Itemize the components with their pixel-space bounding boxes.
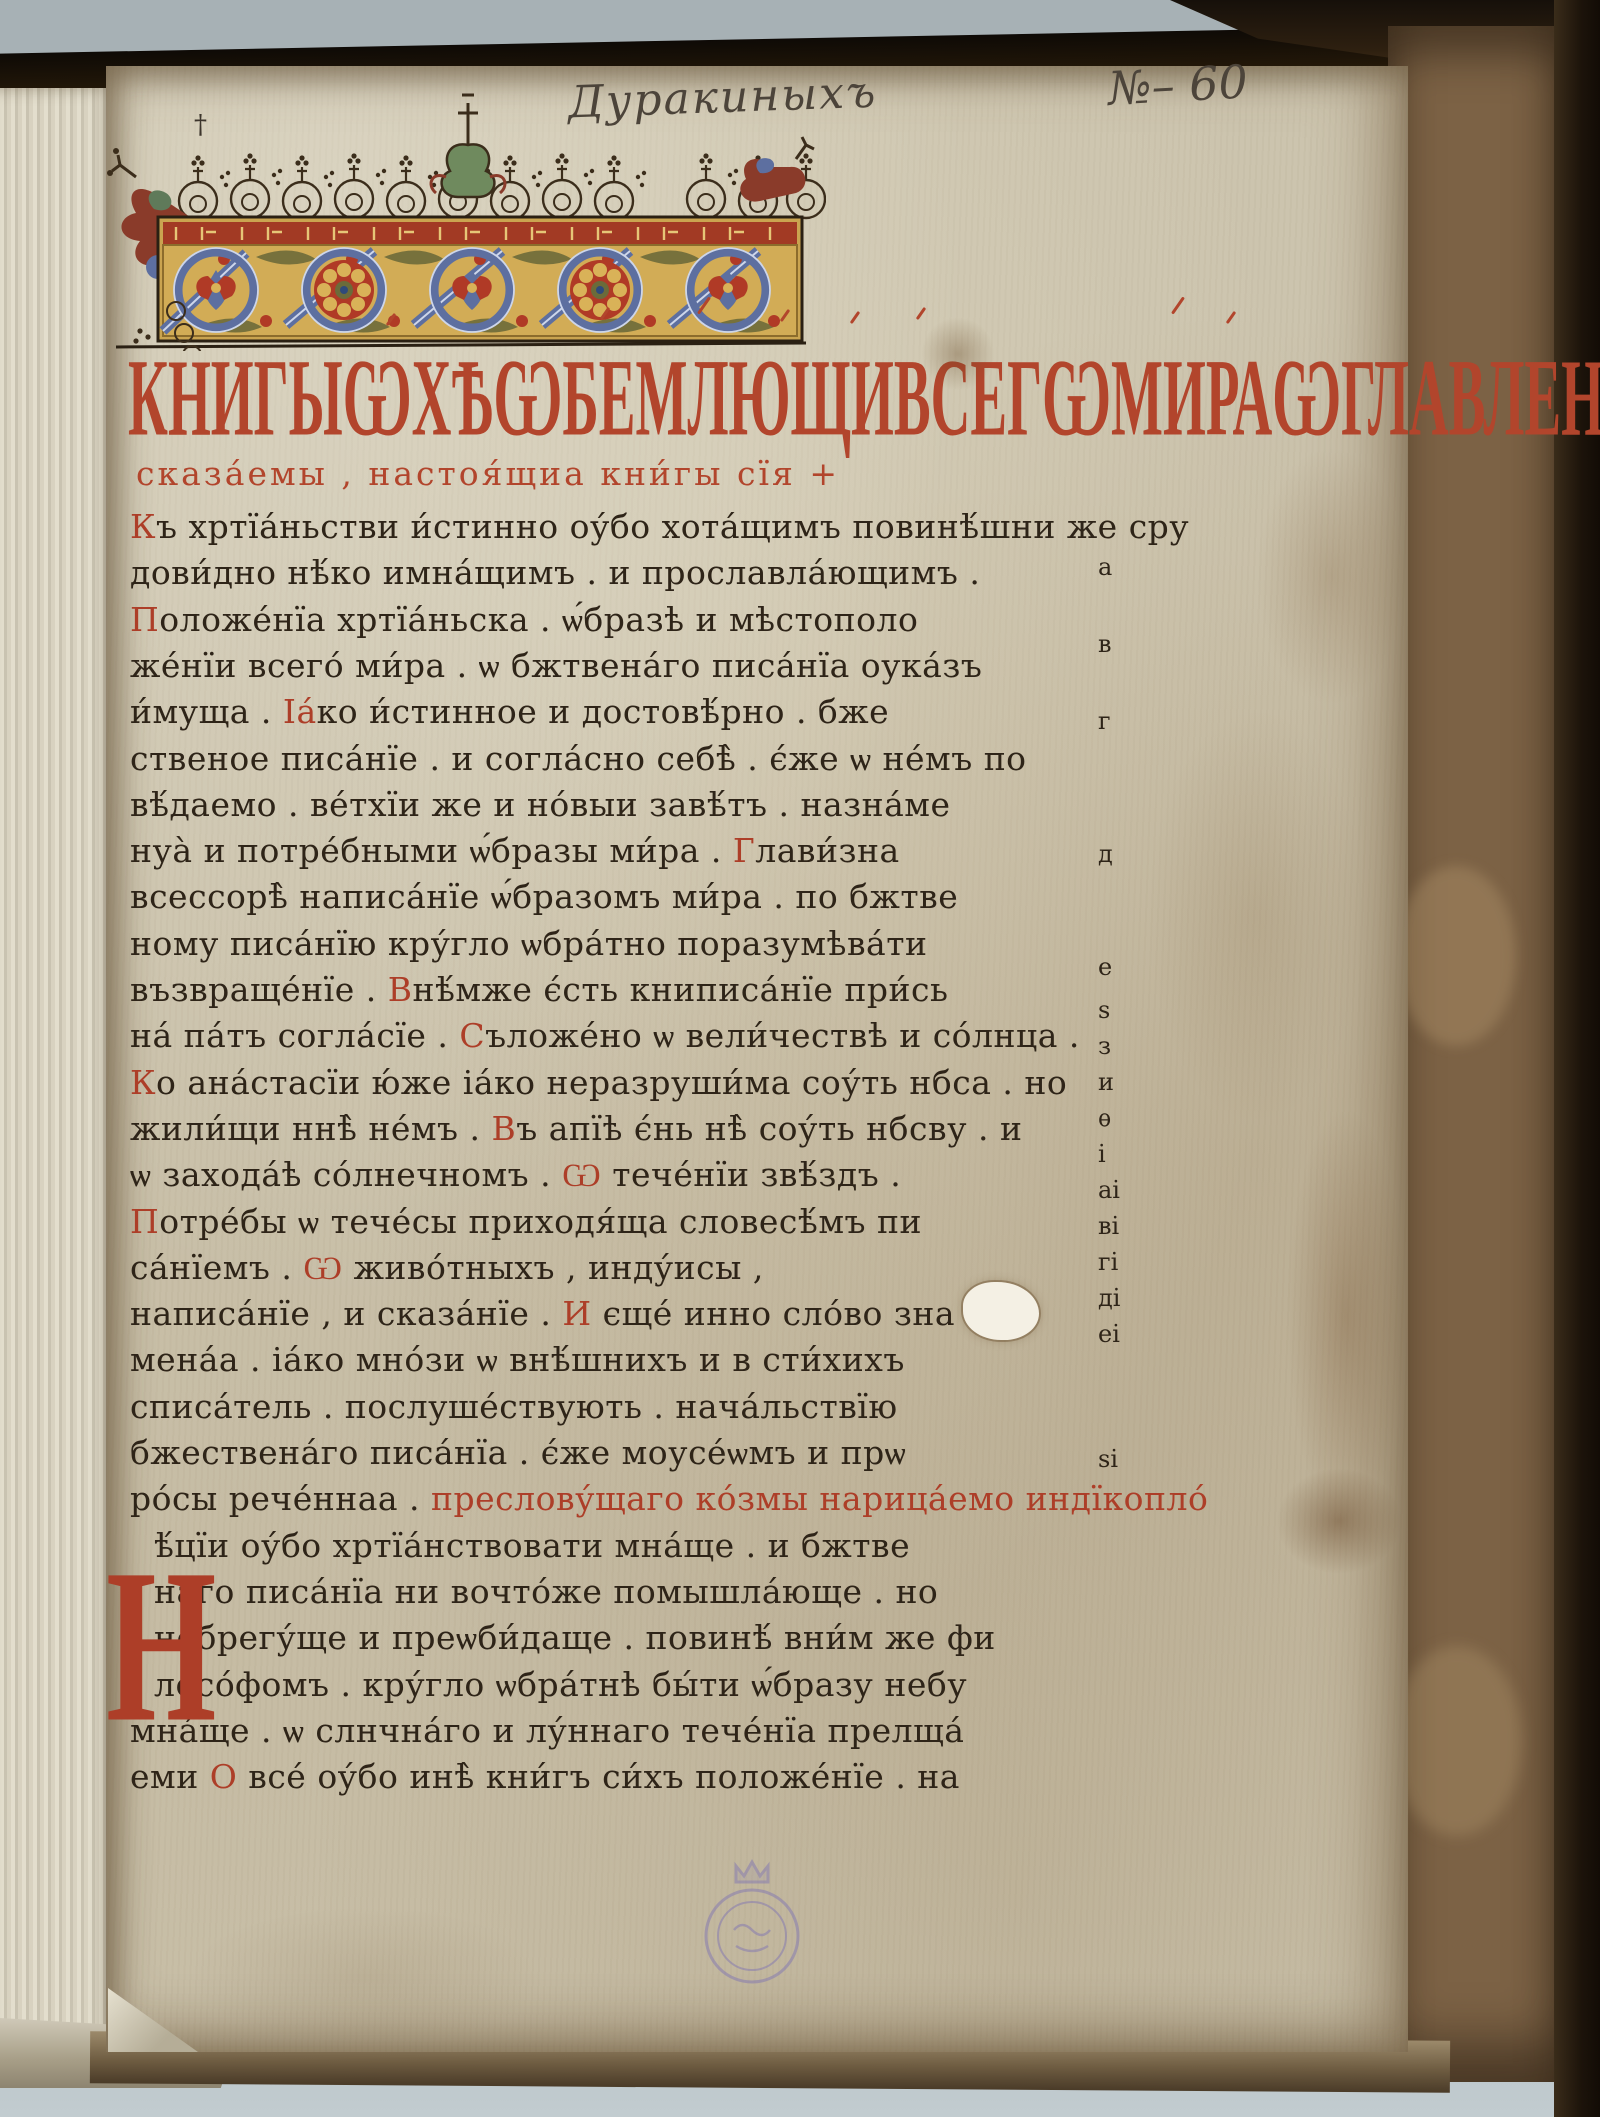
text-line: нуа̀ и потре́бными ѡ́бразы ми́ра . Глави… bbox=[130, 831, 900, 871]
chapter-numeral: г bbox=[1098, 707, 1111, 735]
text-line: Положе́нїа хртїа́ньска . ѡ́бразѣ и мѣсто… bbox=[130, 600, 918, 640]
chapter-numeral: ві bbox=[1098, 1212, 1119, 1240]
text-line: ѣ́цїи оу́бо хртїа́нствовати мна́ще . и б… bbox=[154, 1526, 910, 1565]
corner-stain bbox=[1256, 446, 1406, 706]
vyaz-title: КНИГЫѠХѢѠБЕМЛЮЩИВСЕГѠМИРАѠГЛАВЛЕНІЕ bbox=[128, 334, 1600, 461]
chapter-numeral: аі bbox=[1098, 1176, 1120, 1204]
text-line: възвраще́нїе . Внѣ́мже є́сть книписа́нїе… bbox=[130, 970, 949, 1009]
chapter-numeral: гі bbox=[1098, 1248, 1118, 1276]
tear-stain bbox=[1274, 1466, 1404, 1576]
text-line: вѣ́даемо . ве́тхїи же и но́выи завѣ́тъ .… bbox=[130, 785, 950, 824]
text-line: ному писа́нїю кру́гло ѡбра́тно поразумѣв… bbox=[130, 924, 927, 964]
chapter-numeral: д bbox=[1098, 840, 1113, 868]
chapter-numeral: ѕі bbox=[1098, 1445, 1118, 1473]
chapter-numeral: ді bbox=[1098, 1284, 1120, 1312]
parchment-page: † Дуракиныхъ №– 60 bbox=[106, 66, 1408, 2052]
text-line: наго писа́нїа ни вочто́же помышла́юще . … bbox=[154, 1572, 938, 1611]
underlying-page-edges bbox=[0, 88, 120, 2072]
text-line: списа́тель . послуше́ствують . нача́льст… bbox=[130, 1387, 898, 1426]
illuminated-headpiece bbox=[106, 81, 826, 351]
text-line: Ко ана́стасїи ю́же іа́ко неразруши́ма со… bbox=[130, 1063, 1067, 1102]
text-line: на́ па́тъ согла́сїе . Съложе́но ѡ вели́ч… bbox=[130, 1016, 1080, 1056]
text-line: и́муща . Іа́ко и́стинное и достовѣ́рно .… bbox=[130, 692, 889, 731]
drop-cap-initial: Н bbox=[106, 1518, 216, 1772]
text-line: мна́ще . ѡ слнчна́го и лу́ннаго тече́нїа… bbox=[130, 1711, 964, 1751]
leather-binding-edge bbox=[1554, 0, 1600, 2117]
edge-stain bbox=[1286, 1106, 1406, 1526]
chapter-numeral: е bbox=[1098, 953, 1112, 981]
text-line: Къ хртїа́ньстви и́стинно оу́бо хота́щимъ… bbox=[130, 507, 1189, 546]
chapter-numeral: и bbox=[1098, 1068, 1114, 1096]
gold-band bbox=[158, 217, 802, 341]
damp-stain bbox=[1146, 706, 1366, 1126]
text-line: ѡ захода́ѣ со́лнечномъ . Ѡ тече́нїи звѣ́… bbox=[130, 1155, 901, 1195]
manuscript-photo: † Дуракиныхъ №– 60 bbox=[0, 0, 1600, 2117]
text-line: же́нїи всего́ ми́ра . ѡ бжтвена́го писа́… bbox=[130, 646, 982, 686]
text-line: бжествена́го писа́нїа . є́же моусе́ѡмъ и… bbox=[130, 1433, 906, 1473]
bottom-smudge bbox=[186, 1906, 546, 2046]
fore-edge-wear-patch bbox=[1396, 866, 1516, 1046]
library-stamp bbox=[692, 1852, 812, 2002]
penwork-crest bbox=[179, 153, 826, 220]
chapter-numeral: ѕ bbox=[1098, 996, 1110, 1024]
chapter-numeral: еі bbox=[1098, 1320, 1120, 1348]
text-line: написа́нїе , и сказа́нїе . И єще́ инно с… bbox=[130, 1294, 955, 1333]
paper-chip-damage bbox=[963, 1282, 1039, 1340]
text-line: небрегу́ще и преѡби́даще . повинѣ́ вни́м… bbox=[154, 1618, 996, 1658]
text-line: мена́а . іа́ко мно́зи ѡ внѣ́шнихъ и в ст… bbox=[130, 1340, 905, 1380]
text-line: всессорѣ̀ написа́нїе ѡ́бразомъ ми́ра . п… bbox=[130, 877, 958, 917]
rubric-subtitle: сказа́емы , настоя́щиа кни́гы сїя + bbox=[136, 454, 840, 493]
text-line: са́нїемъ . Ѡ живо́тныхъ , инду́исы , bbox=[130, 1248, 764, 1288]
inscription-number: №– 60 bbox=[1107, 54, 1249, 115]
text-line: Потре́бы ѡ тече́сы приходя́ща словесѣ́мъ… bbox=[130, 1202, 922, 1242]
text-line: жили́щи ннѣ̀ не́мъ . Въ апїѣ є́нь нѣ̀ со… bbox=[130, 1109, 1022, 1148]
text-line: ственое писа́нїе . и согла́сно себѣ̀ . є… bbox=[130, 739, 1027, 779]
text-line: дови́дно нѣ́ко имна́щимъ . и прославла́ю… bbox=[130, 553, 980, 592]
chapter-numeral: і bbox=[1098, 1140, 1106, 1168]
fore-edge-wear-patch bbox=[1392, 1646, 1522, 1836]
text-line: еми О все́ оу́бо инѣ̀ кни́гъ си́хъ полож… bbox=[130, 1757, 960, 1796]
text-line: ро́сы рече́ннаа . преслову́щаго ко́змы н… bbox=[130, 1479, 1208, 1518]
chapter-numeral: ѳ bbox=[1098, 1104, 1111, 1132]
chapter-numeral: в bbox=[1098, 630, 1112, 658]
text-line: лосо́фомъ . кру́гло ѡбра́тнѣ бы́ти ѡ́бра… bbox=[154, 1665, 967, 1705]
chapter-numeral: з bbox=[1098, 1032, 1111, 1060]
center-finial bbox=[431, 95, 505, 197]
chapter-numeral: а bbox=[1098, 553, 1112, 581]
